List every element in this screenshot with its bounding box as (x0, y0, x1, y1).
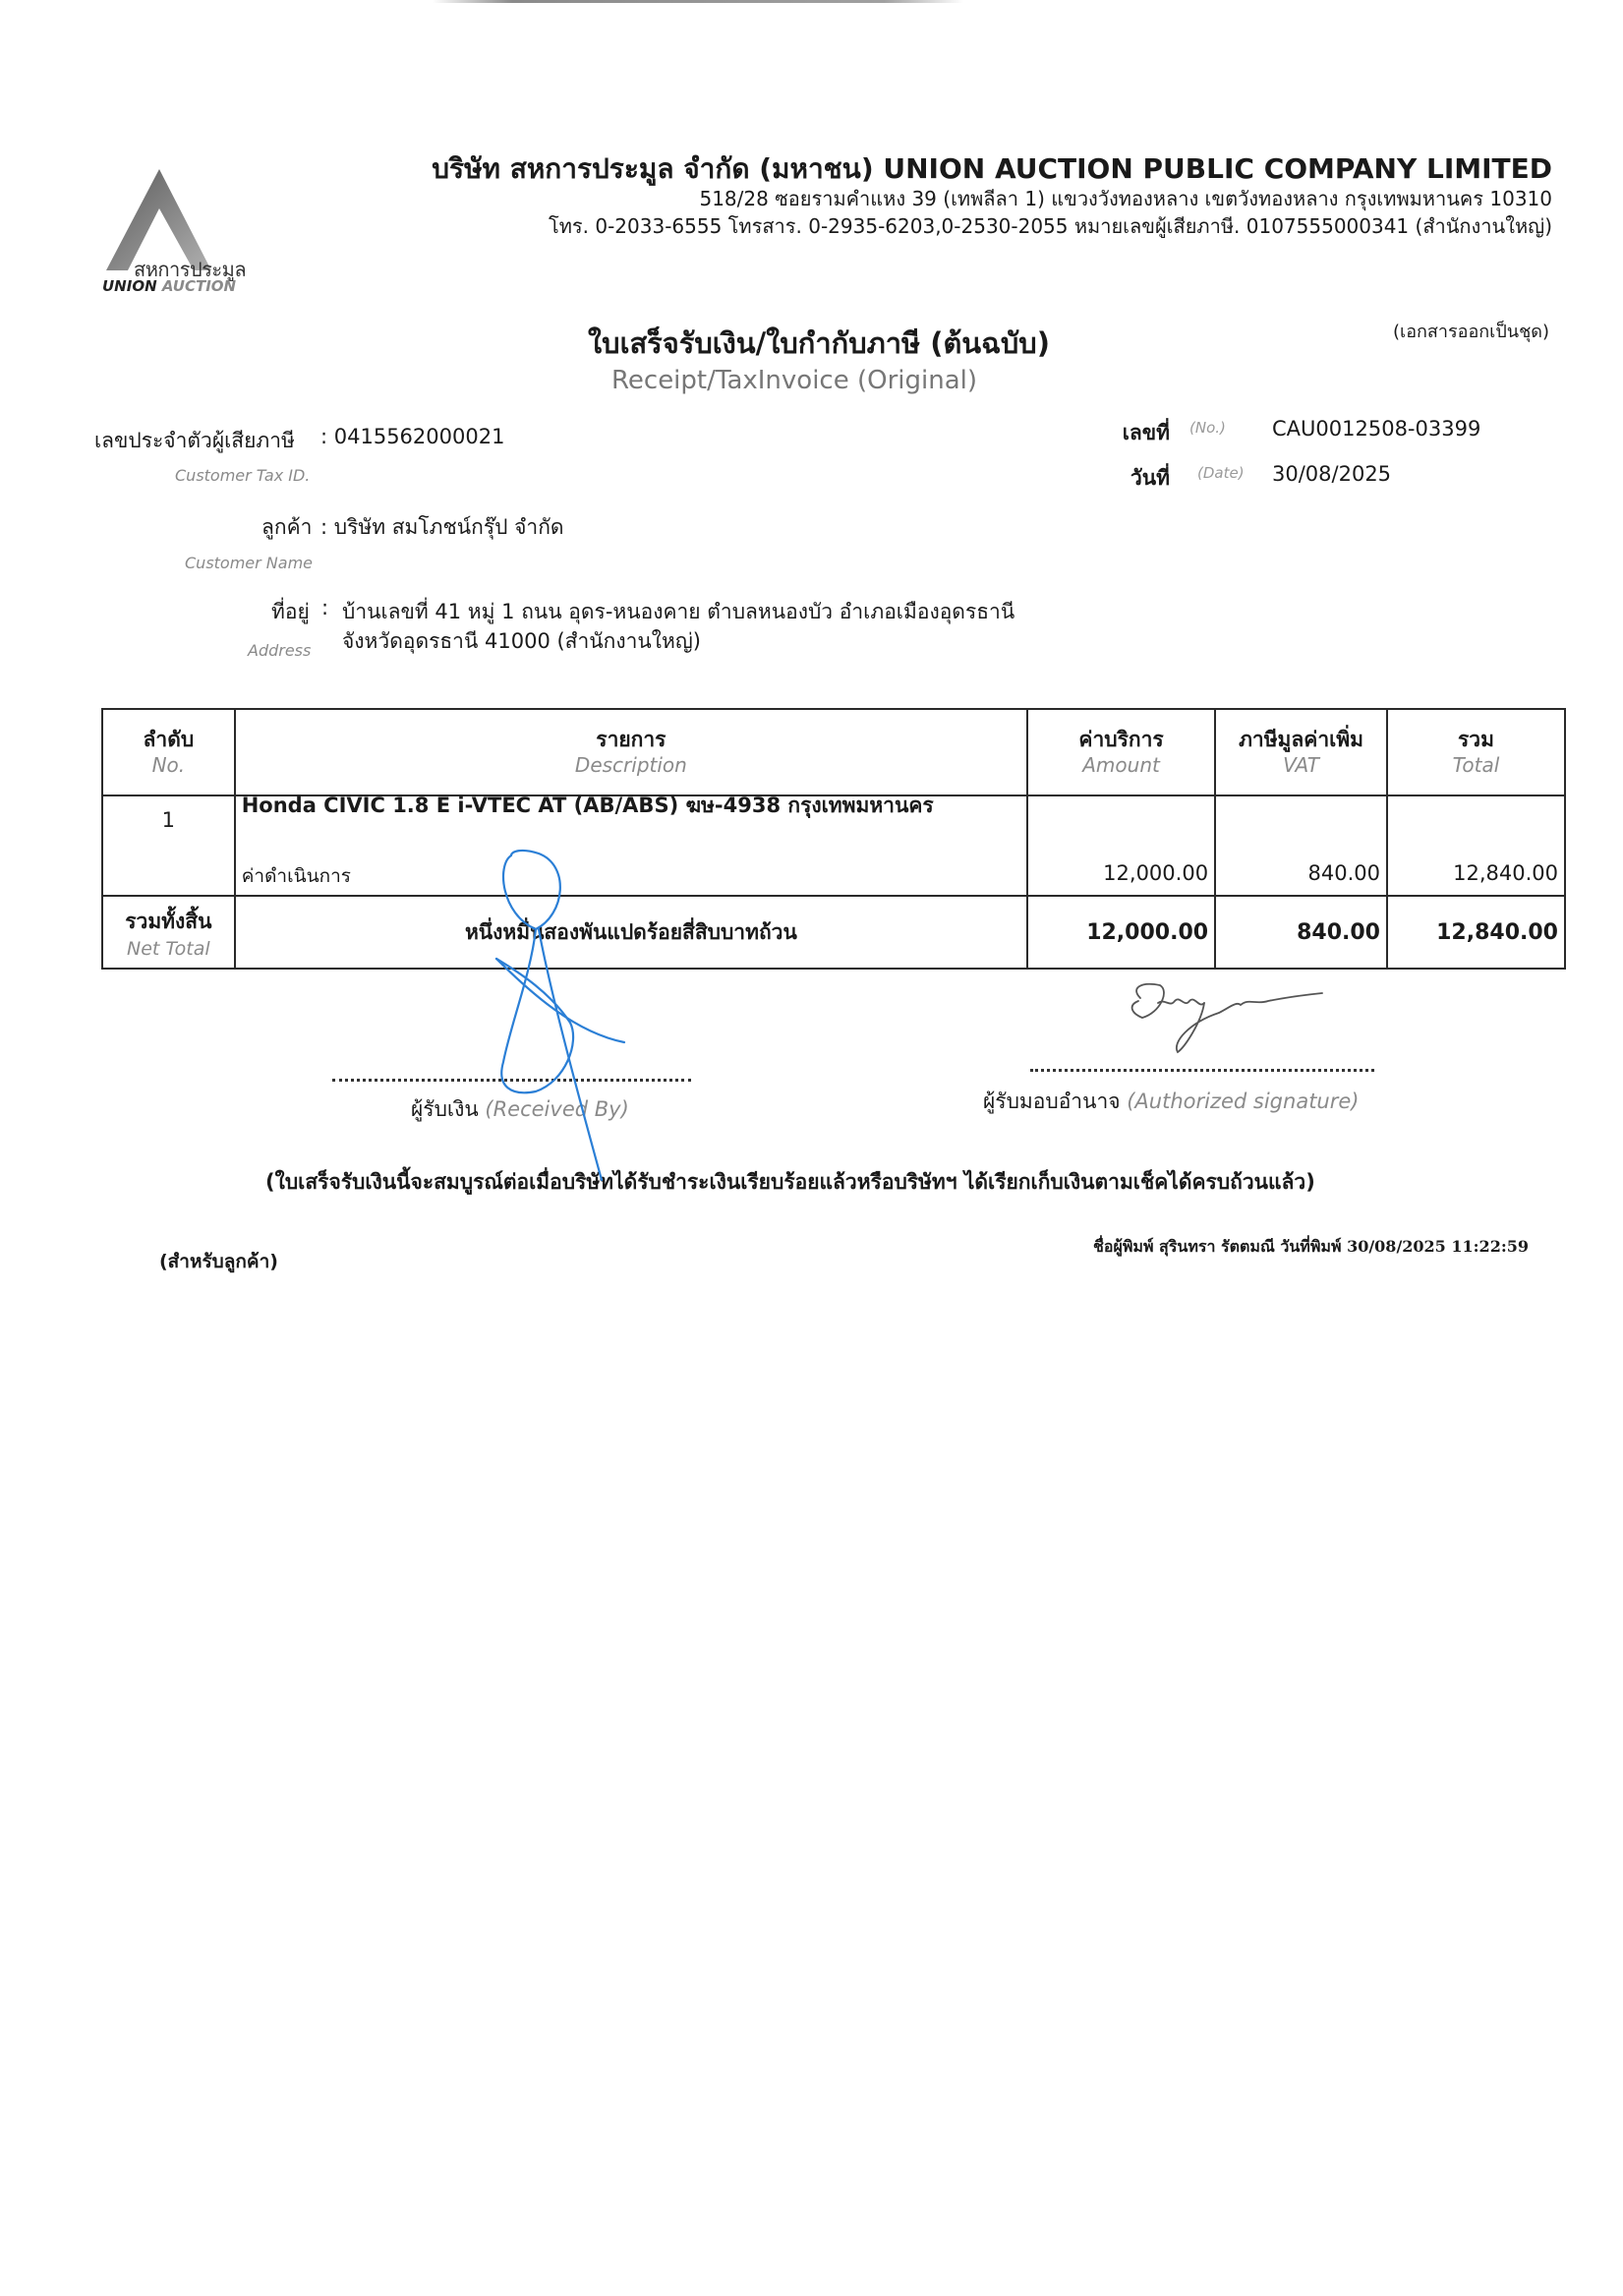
document-title: ใบเสร็จรับเงิน/ใบกำกับภาษี (ต้นฉบับ) (588, 321, 1050, 366)
net-total: 12,840.00 (1436, 920, 1558, 945)
address-label: ที่อยู่ (271, 596, 310, 628)
customer-name-label: ลูกค้า (261, 511, 312, 544)
amount-in-words: หนึ่งหมื่นสองพันแปดร้อยสี่สิบบาทถ้วน (242, 916, 1020, 949)
header-description: รายการDescription (235, 709, 1027, 795)
received-by-label: ผู้รับเงิน (Received By) (411, 1093, 629, 1126)
customer-name-sublabel: Customer Name (185, 554, 313, 572)
receipt-number-value: CAU0012508-03399 (1272, 417, 1480, 441)
header-amount: ค่าบริการAmount (1027, 709, 1215, 795)
address-colon: : (321, 596, 328, 619)
receipt-date-sublabel: (Date) (1197, 464, 1245, 482)
net-total-label: รวมทั้งสิ้น (109, 906, 228, 938)
net-total-row: รวมทั้งสิ้นNet Total หนึ่งหมื่นสองพันแปด… (102, 896, 1565, 969)
receipt-number-sublabel: (No.) (1189, 419, 1226, 437)
document-set-note: (เอกสารออกเป็นชุด) (1393, 317, 1549, 345)
header-total: รวมTotal (1387, 709, 1565, 795)
item-vat: 840.00 (1308, 861, 1380, 885)
gray-signature-icon (1132, 984, 1322, 1052)
tax-id-value: : 0415562000021 (320, 425, 504, 448)
net-amount: 12,000.00 (1086, 920, 1208, 945)
table-header-row: ลำดับNo. รายการDescription ค่าบริการAmou… (102, 709, 1565, 795)
printed-by: ชื่อผู้พิมพ์ สุรินทรา รัตตมณี วันที่พิมพ… (1093, 1235, 1529, 1260)
logo-english-text: UNION AUCTION (102, 277, 236, 295)
address-line-1: บ้านเลขที่ 41 หมู่ 1 ถนน อุดร-หนองคาย ตำ… (342, 596, 1014, 628)
address-sublabel: Address (248, 641, 311, 660)
receipt-date-label: วันที่ (1091, 462, 1170, 495)
item-total: 12,840.00 (1453, 861, 1558, 885)
scan-artifact (433, 0, 963, 3)
items-table: ลำดับNo. รายการDescription ค่าบริการAmou… (101, 708, 1566, 970)
receipt-number-label: เลขที่ (1091, 417, 1170, 449)
row-number: 1 (162, 808, 175, 832)
customer-name-value: : บริษัท สมโภชน์กรุ๊ป จำกัด (320, 511, 564, 544)
header-vat: ภาษีมูลค่าเพิ่มVAT (1215, 709, 1387, 795)
receipt-date-value: 30/08/2025 (1272, 462, 1391, 486)
authorized-signature-line (1030, 1069, 1374, 1072)
copy-for-customer: (สำหรับลูกค้า) (159, 1247, 278, 1276)
receipt-terms: (ใบเสร็จรับเงินนี้จะสมบูรณ์ต่อเมื่อบริษั… (265, 1166, 1315, 1199)
item-detail: ค่าดำเนินการ (242, 861, 1020, 891)
tax-id-sublabel: Customer Tax ID. (175, 466, 310, 485)
document-subtitle: Receipt/TaxInvoice (Original) (611, 366, 977, 395)
item-title: Honda CIVIC 1.8 E i-VTEC AT (AB/ABS) ฆษ-… (242, 790, 1020, 822)
authorized-signature-label: ผู้รับมอบอำนาจ (Authorized signature) (983, 1086, 1359, 1118)
received-by-signature-line (332, 1079, 691, 1082)
address-line-2: จังหวัดอุดรธานี 41000 (สำนักงานใหญ่) (342, 625, 701, 658)
company-logo: สหการประมูล UNION AUCTION (98, 167, 256, 300)
net-vat: 840.00 (1297, 920, 1380, 945)
tax-id-label: เลขประจำตัวผู้เสียภาษี (94, 425, 295, 457)
table-row: 1 Honda CIVIC 1.8 E i-VTEC AT (AB/ABS) ฆ… (102, 795, 1565, 896)
company-contact: โทร. 0-2033-6555 โทรสาร. 0-2935-6203,0-2… (549, 210, 1552, 242)
item-amount: 12,000.00 (1103, 861, 1208, 885)
header-no: ลำดับNo. (102, 709, 235, 795)
net-total-sublabel: Net Total (109, 938, 228, 960)
